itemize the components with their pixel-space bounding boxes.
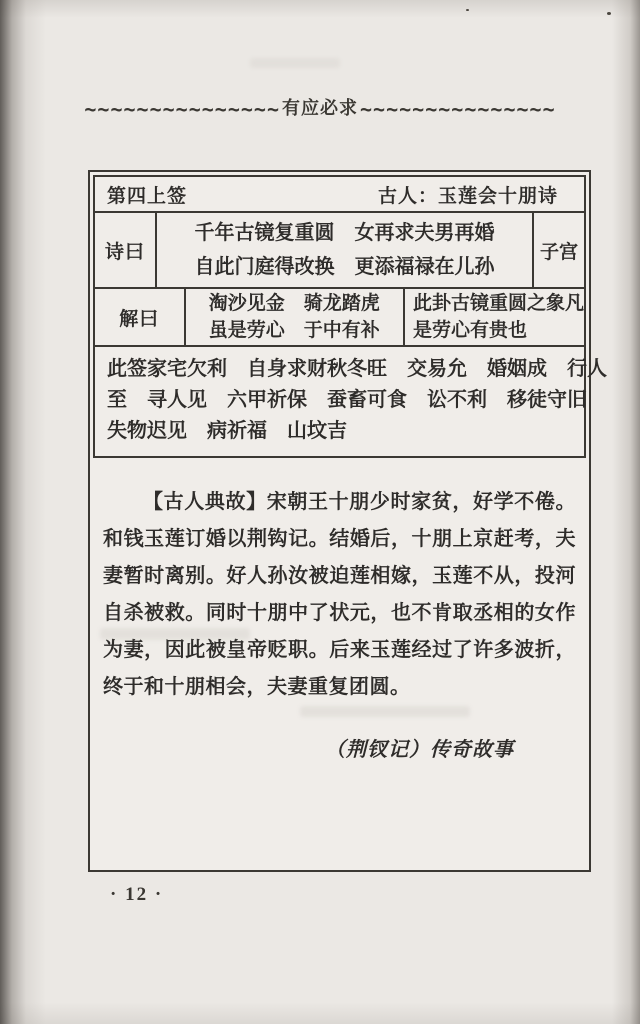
- explanation-text-cell: 淘沙见金 骑龙踏虎 虽是劳心 于中有补: [184, 289, 405, 345]
- fortune-sign-table: 第四上签 古人：玉莲会十朋诗 诗曰 千年古镜复重圆 女再求夫男再婚 自此门庭得改…: [93, 175, 586, 458]
- poem-row: 诗曰 千年古镜复重圆 女再求夫男再婚 自此门庭得改换 更添福禄在儿孙 子宫: [95, 213, 584, 289]
- historical-allusion-paragraph: 【古人典故】宋朝王十朋少时家贫，好学不倦。和钱玉莲订婚以荆钩记。结婚后，十朋上京…: [103, 484, 576, 706]
- poem-label-cell: 诗曰: [95, 213, 155, 287]
- comment-line-2: 是劳心有贵也: [413, 317, 584, 344]
- squiggle-right-decoration: ~~~~~~~~~~~~~~~: [360, 97, 556, 121]
- sign-number-title: 第四上签: [107, 181, 187, 208]
- poem-text-cell: 千年古镜复重圆 女再求夫男再婚 自此门庭得改换 更添福禄在儿孙: [155, 213, 534, 287]
- page-number: · 12 ·: [110, 884, 163, 906]
- fortune-items-row: 此签家宅欠利 自身求财秋冬旺 交易允 婚姻成 行人 至 寻人见 六甲祈保 蚕畜可…: [95, 347, 584, 456]
- scan-speck: [240, 335, 243, 338]
- running-header: ~~~~~~~~~~~~~~~有应必求~~~~~~~~~~~~~~~: [0, 94, 640, 121]
- fortune-line-3: 失物迟见 病祈福 山坟吉: [107, 416, 576, 447]
- scanned-book-page: { "page": { "header": { "squiggle_left":…: [0, 0, 640, 1024]
- print-bleed-artifact: [300, 706, 470, 717]
- poem-line-2: 自此门庭得改换 更添福禄在儿孙: [195, 250, 495, 284]
- fortune-sign-box: 第四上签 古人：玉莲会十朋诗 诗曰 千年古镜复重圆 女再求夫男再婚 自此门庭得改…: [88, 170, 591, 872]
- print-bleed-artifact: [100, 628, 250, 640]
- fortune-line-1: 此签家宅欠利 自身求财秋冬旺 交易允 婚姻成 行人: [107, 354, 576, 385]
- print-bleed-artifact: [250, 58, 340, 68]
- scan-speck: [607, 12, 611, 15]
- explanation-line-2: 虽是劳心 于中有补: [209, 317, 380, 344]
- palace-cell: 子宫: [534, 213, 584, 287]
- hexagram-comment-cell: 此卦古镜重圆之象凡 是劳心有贵也: [405, 289, 584, 345]
- historical-figure-title: 古人：玉莲会十朋诗: [378, 181, 558, 208]
- story-attribution: （荆钗记）传奇故事: [103, 733, 514, 762]
- comment-line-1: 此卦古镜重圆之象凡: [413, 290, 584, 317]
- scan-speck: [556, 300, 559, 303]
- explanation-label-cell: 解曰: [95, 289, 184, 345]
- poem-line-1: 千年古镜复重圆 女再求夫男再婚: [195, 216, 495, 250]
- fortune-line-2: 至 寻人见 六甲祈保 蚕畜可食 讼不利 移徒守旧: [107, 385, 576, 416]
- squiggle-left-decoration: ~~~~~~~~~~~~~~~: [84, 97, 280, 121]
- explanation-row: 解曰 淘沙见金 骑龙踏虎 虽是劳心 于中有补 此卦古镜重圆之象凡 是劳心有贵也: [95, 289, 584, 347]
- scan-speck: [466, 9, 469, 11]
- explanation-line-1: 淘沙见金 骑龙踏虎: [209, 290, 380, 317]
- table-title-row: 第四上签 古人：玉莲会十朋诗: [95, 177, 584, 213]
- book-title: 有应必求: [282, 98, 358, 118]
